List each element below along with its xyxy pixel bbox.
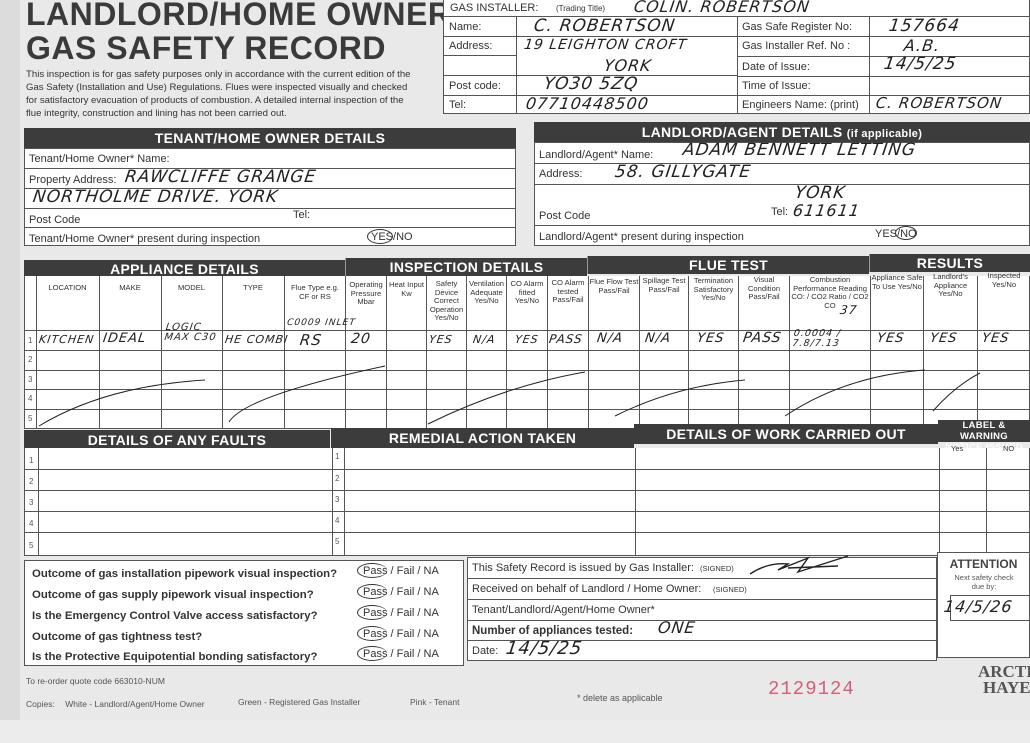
results-header: RESULTS	[869, 254, 1030, 272]
pass-circle-mark	[357, 605, 387, 620]
signoff-date-field[interactable]: 14/5/25	[505, 638, 584, 659]
copies-label: Copies:	[26, 699, 55, 709]
form-title-line2: GAS SAFETY RECORD	[26, 30, 386, 67]
trading-title-label: GAS INSTALLER:	[450, 2, 538, 14]
tenant-tel-label: Tel:	[293, 209, 310, 221]
faults-row-number: 3	[29, 498, 33, 507]
issued-signed-tag: (SIGNED)	[700, 564, 734, 573]
pass-circle-mark	[357, 584, 387, 599]
check-question: Is the Emergency Control Valve access sa…	[32, 610, 318, 622]
property-address-label: Property Address:	[29, 174, 116, 186]
time-issue-label: Time of Issue:	[742, 80, 811, 92]
copy-pink: Pink - Tenant	[410, 697, 459, 707]
tenant-name-label: Tenant/Home Owner* Name:	[29, 153, 170, 165]
postcode-label: Post code:	[449, 80, 501, 92]
check-question: Outcome of gas supply pipework visual in…	[32, 589, 314, 601]
landlord-address-label: Address:	[539, 168, 582, 180]
landlord-present-label: Landlord/Agent* present during inspectio…	[539, 231, 744, 243]
appliances-tested-label: Number of appliances tested:	[472, 625, 633, 637]
pass-circle-mark	[357, 646, 387, 661]
landlord-postcode-label: Post Code	[539, 210, 590, 222]
engineer-label: Engineers Name: (print)	[742, 99, 859, 111]
reorder-code: To re-order quote code 663010-NUM	[26, 676, 165, 686]
label-warning-header: LABEL & WARNING NOTICE ISSUED	[938, 420, 1030, 442]
gas-installer-box: GAS INSTALLER: (Trading Title) COLIN. RO…	[443, 0, 1030, 114]
trading-title-sub: (Trading Title)	[556, 4, 605, 13]
signoff-box: This Safety Record is issued by Gas Inst…	[467, 557, 937, 661]
register-field[interactable]: 157664	[888, 16, 962, 36]
appliance-table: LOCATION MAKE MODEL TYPE Flue Type e.g. …	[24, 276, 1030, 429]
landlord-name-label: Landlord/Agent* Name:	[539, 149, 653, 161]
strike-through-lines	[25, 276, 1030, 429]
trading-title-value[interactable]: COLIN. ROBERTSON	[633, 0, 812, 16]
faults-row-number: 2	[29, 477, 33, 486]
address-label: Address:	[449, 40, 492, 52]
landlord-name-field[interactable]: ADAM BENNETT LETTING	[682, 140, 918, 160]
check-question: Outcome of gas installation pipework vis…	[32, 568, 337, 580]
flue-test-header: FLUE TEST	[587, 256, 869, 274]
landlord-details-box: Landlord/Agent* Name: ADAM BENNETT LETTI…	[534, 142, 1030, 246]
yes-circle-mark	[367, 229, 393, 244]
check-question: Is the Protective Equipotential bonding …	[32, 651, 317, 663]
issued-by-label: This Safety Record is issued by Gas Inst…	[472, 562, 694, 574]
remedial-row-number: 3	[335, 495, 339, 504]
no-circle-mark	[895, 226, 917, 240]
register-label: Gas Safe Register No:	[742, 21, 852, 33]
tenant-postcode-label: Post Code	[29, 214, 80, 226]
installer-signature[interactable]	[748, 554, 858, 580]
installer-address-line1[interactable]: 19 LEIGHTON CROFT	[523, 37, 688, 53]
ref-label: Gas Installer Ref. No :	[742, 40, 850, 52]
pass-circle-mark	[357, 626, 387, 641]
attention-heading: ATTENTION	[938, 557, 1029, 571]
landlord-heading: LANDLORD/AGENT DETAILS	[642, 124, 843, 140]
role-label: Tenant/Landlord/Agent/Home Owner*	[472, 604, 655, 616]
landlord-section-header: LANDLORD/AGENT DETAILS (if applicable)	[534, 122, 1030, 142]
installer-address-line2[interactable]: YORK	[603, 56, 653, 75]
remedial-row-number: 2	[335, 474, 339, 483]
property-address-line1[interactable]: RAWCLIFFE GRANGE	[124, 167, 318, 187]
received-signed-tag: (SIGNED)	[713, 585, 747, 594]
intro-text: This inspection is for gas safety purpos…	[26, 68, 421, 120]
faults-row-number: 5	[29, 541, 33, 550]
landlord-address-line1[interactable]: 58. GILLYGATE	[614, 162, 753, 182]
tenant-present-label: Tenant/Home Owner* present during inspec…	[29, 233, 260, 245]
faults-row-number: 1	[29, 456, 33, 465]
landlord-tel-label: Tel:	[771, 206, 788, 218]
installer-tel-field[interactable]: 07710448500	[525, 94, 651, 113]
signoff-date-label: Date:	[472, 645, 498, 657]
label-notice-yes[interactable]: Yes	[951, 444, 963, 453]
received-by-label: Received on behalf of Landlord / Home Ow…	[472, 583, 701, 595]
property-address-line2[interactable]: NORTHOLME DRIVE. YORK	[32, 187, 280, 207]
arctic-hayes-logo: ARCTIC HAYES	[978, 664, 1030, 696]
name-label: Name:	[449, 21, 481, 33]
delete-note: * delete as applicable	[577, 693, 663, 703]
next-check-label: Next safety check due by:	[952, 573, 1016, 591]
faults-remedial-work-table: 1 2 3 4 5 1 2 3 4 5 Yes NO	[24, 448, 1030, 556]
form-title-line1: LANDLORD/HOME OWNER	[26, 0, 451, 33]
trading-title-row: GAS INSTALLER: (Trading Title) COLIN. RO…	[444, 0, 1029, 17]
date-issue-label: Date of Issue:	[742, 61, 810, 73]
label-warning-line1: LABEL & WARNING	[938, 420, 1030, 442]
installer-postcode-field[interactable]: YO30 5ZQ	[543, 74, 640, 94]
landlord-heading-sub: (if applicable)	[847, 128, 922, 140]
copy-white: White - Landlord/Agent/Home Owner	[65, 699, 204, 709]
attention-box: ATTENTION Next safety check due by: 14/5…	[937, 552, 1030, 658]
copies-legend: Copies: White - Landlord/Agent/Home Owne…	[26, 699, 205, 709]
ref-field[interactable]: A.B.	[903, 36, 942, 55]
pipework-checks-box: Outcome of gas installation pipework vis…	[24, 560, 464, 666]
faults-header: DETAILS OF ANY FAULTS	[24, 430, 330, 450]
installer-name-field[interactable]: C. ROBERTSON	[533, 16, 677, 36]
inspection-details-header: INSPECTION DETAILS	[345, 258, 587, 276]
next-check-due-field[interactable]: 14/5/26	[943, 597, 1014, 616]
appliances-tested-field[interactable]: ONE	[657, 618, 697, 637]
serial-number: 2129124	[768, 678, 855, 700]
remedial-row-number: 5	[335, 537, 339, 546]
faults-row-number: 4	[29, 519, 33, 528]
tel-label: Tel:	[449, 99, 466, 111]
remedial-row-number: 1	[335, 452, 339, 461]
copy-green: Green - Registered Gas Installer	[238, 697, 360, 707]
remedial-header: REMEDIAL ACTION TAKEN	[331, 428, 634, 448]
tenant-details-box: Tenant/Home Owner* Name: Property Addres…	[24, 148, 516, 246]
check-question: Outcome of gas tightness test?	[32, 631, 202, 643]
landlord-tel-field[interactable]: 611611	[792, 201, 862, 220]
engineer-name-field[interactable]: C. ROBERTSON	[875, 94, 1004, 112]
tenant-section-header: TENANT/HOME OWNER DETAILS	[24, 128, 516, 148]
remedial-row-number: 4	[335, 516, 339, 525]
label-notice-no[interactable]: NO	[1003, 444, 1014, 453]
date-issue-field[interactable]: 14/5/25	[883, 54, 958, 74]
pass-circle-mark	[357, 563, 387, 578]
work-carried-out-header: DETAILS OF WORK CARRIED OUT	[634, 424, 938, 444]
landlord-address-line2[interactable]: YORK	[794, 183, 847, 203]
scan-background	[0, 720, 1030, 743]
brand-line2: HAYES	[978, 680, 1030, 696]
